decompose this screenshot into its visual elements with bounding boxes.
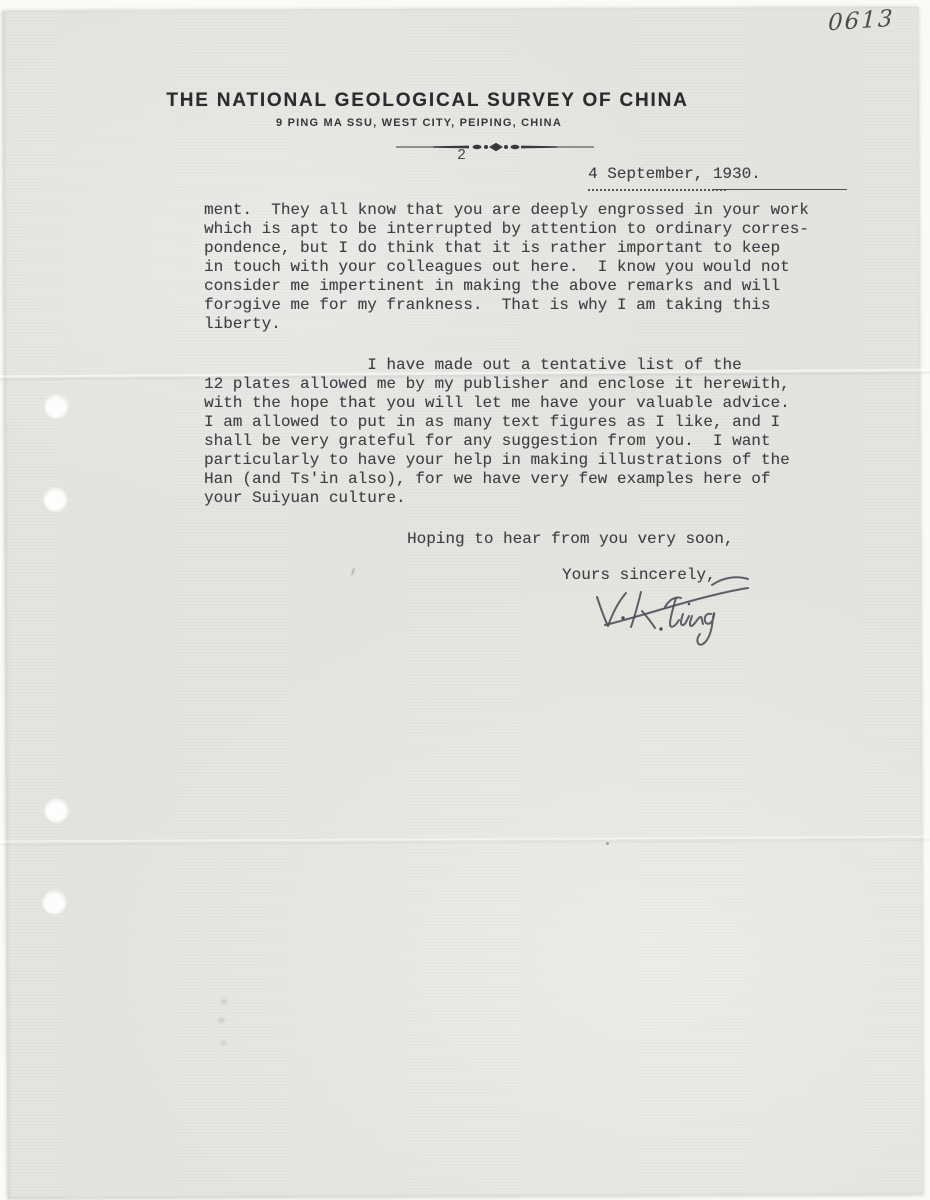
letterhead-address: 9 PING MA SSU, WEST CITY, PEIPING, CHINA <box>0 117 838 129</box>
letter-line: I am allowed to put in as many text figu… <box>204 413 790 432</box>
punch-hole <box>45 395 68 418</box>
punch-hole <box>44 488 67 511</box>
handwritten-doc-number: 0613 <box>828 6 895 37</box>
ink-smudge <box>221 1040 226 1045</box>
date-underline-dotted <box>588 189 726 191</box>
paragraph-2: I have made out a tentative list of the … <box>204 356 790 508</box>
letter-line: shall be very grateful for any suggestio… <box>204 432 790 451</box>
ink-smudge <box>221 999 227 1005</box>
letter-line: in touch with your colleagues out here. … <box>204 258 809 277</box>
letter-line: 12 plates allowed me by my publisher and… <box>204 375 790 394</box>
page-number: 2 <box>457 147 466 164</box>
letter-line: I have made out a tentative list of the <box>204 356 790 375</box>
date-line: 4 September, 1930. <box>588 165 761 184</box>
letter-line: liberty. <box>204 315 809 334</box>
punch-hole <box>45 799 68 822</box>
letter-line: ment. They all know that you are deeply … <box>204 201 809 220</box>
paragraph-1: ment. They all know that you are deeply … <box>204 201 809 334</box>
scanned-letter-page: 0613 THE NATIONAL GEOLOGICAL SURVEY OF C… <box>0 0 930 1200</box>
letter-line: forɔgive me for my frankness. That is wh… <box>204 296 809 315</box>
signature-handwriting <box>585 580 760 655</box>
letter-line: with the hope that you will let me have … <box>204 394 790 413</box>
punch-hole <box>43 891 66 914</box>
paper-sheet <box>2 7 923 1199</box>
closing-line: Hoping to hear from you very soon, <box>407 530 733 549</box>
letter-line: particularly to have your help in making… <box>204 451 790 470</box>
letterhead-org-name: THE NATIONAL GEOLOGICAL SURVEY OF CHINA <box>0 90 855 112</box>
ornament-divider-icon <box>393 140 597 156</box>
letter-line: pondence, but I do think that it is rath… <box>204 239 809 258</box>
date-underline-solid <box>714 189 847 190</box>
letter-line: consider me impertinent in making the ab… <box>204 277 809 296</box>
ink-smudge <box>218 1018 225 1023</box>
dust-speck <box>606 842 609 845</box>
letter-line: which is apt to be interrupted by attent… <box>204 220 809 239</box>
letter-line: Han (and Ts'in also), for we have very f… <box>204 470 790 489</box>
letter-line: your Suiyuan culture. <box>204 489 790 508</box>
